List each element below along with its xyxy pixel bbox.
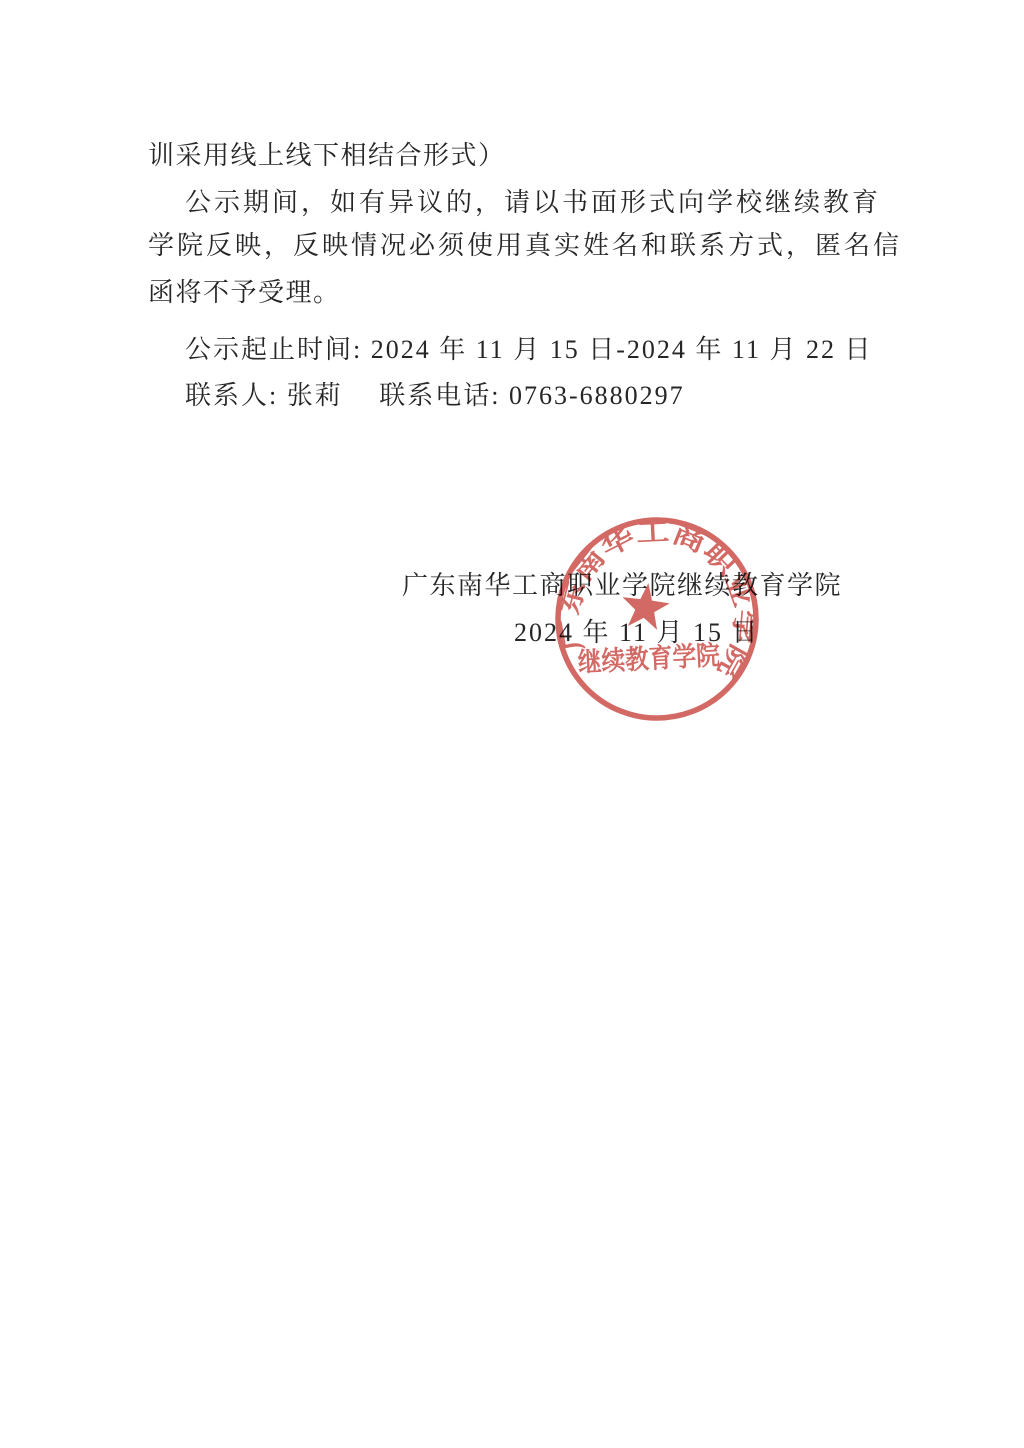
star-icon <box>619 580 672 631</box>
official-seal-stamp: 广东南华工商职业学院 继续教育学院 <box>541 503 773 735</box>
document-page: 训采用线上线下相结合形式） 公示期间，如有异议的，请以书面形式向学校继续教育 学… <box>0 0 1024 1448</box>
opening-line: 训采用线上线下相结合形式） <box>148 140 506 171</box>
paragraph-line-1: 公示期间，如有异议的，请以书面形式向学校继续教育 <box>185 187 881 218</box>
paragraph-line-2: 学院反映，反映情况必须使用真实姓名和联系方式，匿名信 <box>148 230 902 261</box>
stamp-bottom-text: 继续教育学院 <box>577 639 720 677</box>
publicity-period-line: 公示起止时间: 2024 年 11 月 15 日-2024 年 11 月 22 … <box>185 334 872 365</box>
paragraph-line-3: 函将不予受理。 <box>148 277 341 308</box>
contact-line: 联系人: 张莉 联系电话: 0763-6880297 <box>185 380 685 411</box>
